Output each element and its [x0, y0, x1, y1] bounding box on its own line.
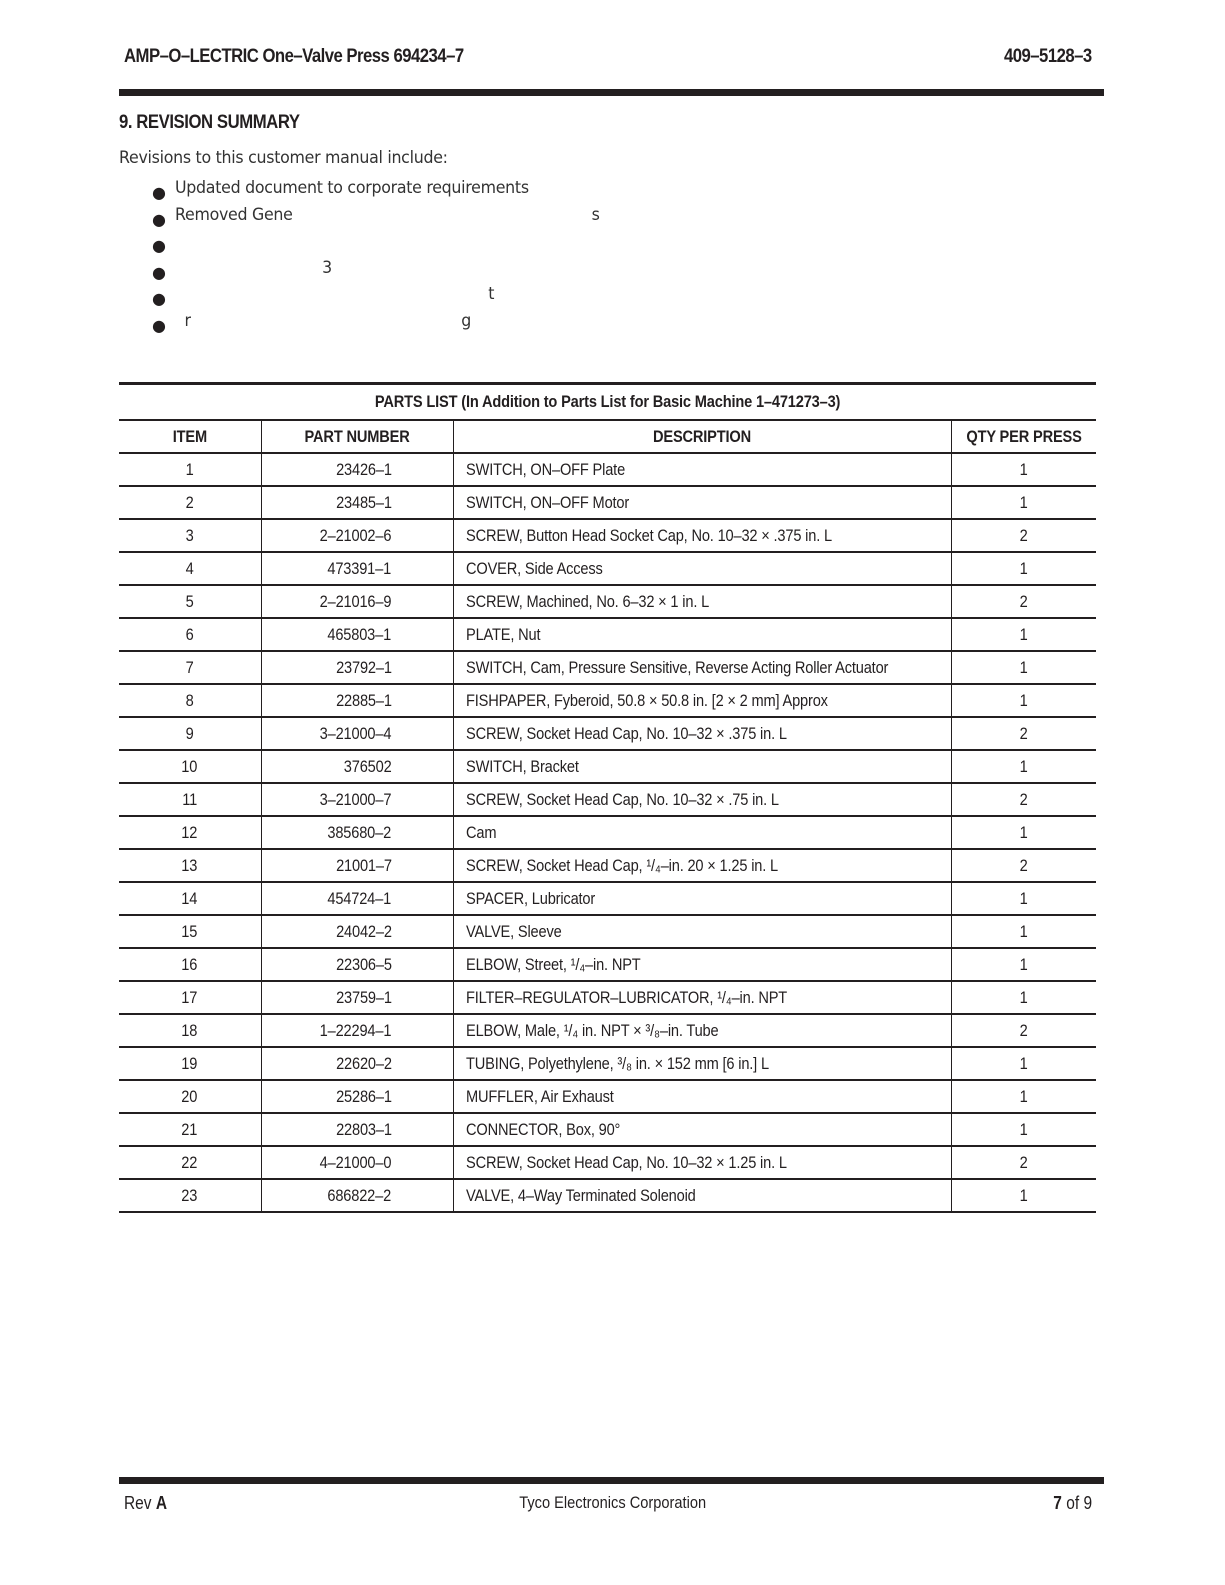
- item-cell: 5: [119, 585, 261, 618]
- qty-cell: 1: [951, 1113, 1096, 1146]
- item-cell: 6: [119, 618, 261, 651]
- table-row: 14454724–1SPACER, Lubricator1: [119, 882, 1096, 915]
- item-cell: 4: [119, 552, 261, 585]
- part-number-cell: 22306–5: [261, 948, 453, 981]
- item-cell: 21: [119, 1113, 261, 1146]
- table-row: 1524042–2VALVE, Sleeve1: [119, 915, 1096, 948]
- table-row: 32–21002–6SCREW, Button Head Socket Cap,…: [119, 519, 1096, 552]
- part-number-cell: 23426–1: [261, 453, 453, 486]
- company-name: Tyco Electronics Corporation: [0, 1493, 1225, 1513]
- document-number: 409–5128–3: [1004, 46, 1092, 68]
- table-row: 52–21016–9SCREW, Machined, No. 6–32 × 1 …: [119, 585, 1096, 618]
- description-cell: SWITCH, Bracket: [453, 750, 951, 783]
- column-header-item: ITEM: [119, 420, 261, 453]
- table-row: 723792–1SWITCH, Cam, Pressure Sensitive,…: [119, 651, 1096, 684]
- part-number-cell: 385680–2: [261, 816, 453, 849]
- item-cell: 14: [119, 882, 261, 915]
- item-cell: 23: [119, 1179, 261, 1212]
- qty-cell: 1: [951, 651, 1096, 684]
- part-number-cell: 1–22294–1: [261, 1014, 453, 1047]
- qty-cell: 1: [951, 1047, 1096, 1080]
- item-cell: 18: [119, 1014, 261, 1047]
- footer-rule: [119, 1477, 1104, 1484]
- item-cell: 3: [119, 519, 261, 552]
- qty-cell: 2: [951, 1014, 1096, 1047]
- qty-cell: 1: [951, 915, 1096, 948]
- parts-list-caption: PARTS LIST (In Addition to Parts List fo…: [375, 392, 840, 412]
- table-row: 23686822–2VALVE, 4–Way Terminated Soleno…: [119, 1179, 1096, 1212]
- qty-cell: 1: [951, 486, 1096, 519]
- part-number-cell: 22803–1: [261, 1113, 453, 1146]
- description-cell: MUFFLER, Air Exhaust: [453, 1080, 951, 1113]
- description-cell: ELBOW, Street, ¹/₄–in. NPT: [453, 948, 951, 981]
- part-number-cell: 376502: [261, 750, 453, 783]
- table-row: 93–21000–4SCREW, Socket Head Cap, No. 10…: [119, 717, 1096, 750]
- description-cell: SCREW, Socket Head Cap, ¹/₄–in. 20 × 1.2…: [453, 849, 951, 882]
- table-row: 224–21000–0SCREW, Socket Head Cap, No. 1…: [119, 1146, 1096, 1179]
- table-row: 1723759–1FILTER–REGULATOR–LUBRICATOR, ¹/…: [119, 981, 1096, 1014]
- document-title: AMP–O–LECTRIC One–Valve Press 694234–7: [124, 46, 464, 68]
- qty-cell: 1: [951, 453, 1096, 486]
- qty-cell: 2: [951, 585, 1096, 618]
- qty-cell: 1: [951, 750, 1096, 783]
- description-cell: SCREW, Button Head Socket Cap, No. 10–32…: [453, 519, 951, 552]
- table-row: 2122803–1CONNECTOR, Box, 90°1: [119, 1113, 1096, 1146]
- description-cell: ELBOW, Male, ¹/₄ in. NPT × ³/₈–in. Tube: [453, 1014, 951, 1047]
- description-cell: VALVE, Sleeve: [453, 915, 951, 948]
- column-header-part-number: PART NUMBER: [261, 420, 453, 453]
- item-cell: 19: [119, 1047, 261, 1080]
- part-number-cell: 22620–2: [261, 1047, 453, 1080]
- part-number-cell: 2–21016–9: [261, 585, 453, 618]
- item-cell: 17: [119, 981, 261, 1014]
- part-number-cell: 22885–1: [261, 684, 453, 717]
- qty-cell: 1: [951, 882, 1096, 915]
- table-row: 1321001–7SCREW, Socket Head Cap, ¹/₄–in.…: [119, 849, 1096, 882]
- part-number-cell: 23759–1: [261, 981, 453, 1014]
- part-number-cell: 465803–1: [261, 618, 453, 651]
- parts-list-table: PARTS LIST (In Addition to Parts List fo…: [119, 382, 1096, 1213]
- item-cell: 15: [119, 915, 261, 948]
- item-cell: 2: [119, 486, 261, 519]
- part-number-cell: 473391–1: [261, 552, 453, 585]
- part-number-cell: 454724–1: [261, 882, 453, 915]
- item-cell: 8: [119, 684, 261, 717]
- qty-cell: 1: [951, 618, 1096, 651]
- description-cell: Cam: [453, 816, 951, 849]
- bullet-icon: ●: [152, 316, 166, 335]
- qty-cell: 2: [951, 849, 1096, 882]
- description-cell: SCREW, Socket Head Cap, No. 10–32 × 1.25…: [453, 1146, 951, 1179]
- part-number-cell: 25286–1: [261, 1080, 453, 1113]
- description-cell: FISHPAPER, Fyberoid, 50.8 × 50.8 in. [2 …: [453, 684, 951, 717]
- qty-cell: 1: [951, 816, 1096, 849]
- table-row: 181–22294–1ELBOW, Male, ¹/₄ in. NPT × ³/…: [119, 1014, 1096, 1047]
- part-number-cell: 23485–1: [261, 486, 453, 519]
- item-cell: 1: [119, 453, 261, 486]
- table-row: 223485–1SWITCH, ON–OFF Motor1: [119, 486, 1096, 519]
- table-row: 822885–1FISHPAPER, Fyberoid, 50.8 × 50.8…: [119, 684, 1096, 717]
- table-row: 6465803–1PLATE, Nut1: [119, 618, 1096, 651]
- table-row: 10376502SWITCH, Bracket1: [119, 750, 1096, 783]
- qty-cell: 2: [951, 717, 1096, 750]
- table-row: 1622306–5ELBOW, Street, ¹/₄–in. NPT1: [119, 948, 1096, 981]
- item-cell: 7: [119, 651, 261, 684]
- section-title: 9. REVISION SUMMARY: [119, 112, 300, 134]
- description-cell: SWITCH, ON–OFF Plate: [453, 453, 951, 486]
- page-number: 7 of 9: [1053, 1493, 1092, 1514]
- table-header-row: ITEM PART NUMBER DESCRIPTION QTY PER PRE…: [119, 420, 1096, 453]
- qty-cell: 1: [951, 1179, 1096, 1212]
- part-number-cell: 2–21002–6: [261, 519, 453, 552]
- part-number-cell: 4–21000–0: [261, 1146, 453, 1179]
- table-row: 2025286–1MUFFLER, Air Exhaust1: [119, 1080, 1096, 1113]
- description-cell: PLATE, Nut: [453, 618, 951, 651]
- table-row: 123426–1SWITCH, ON–OFF Plate1: [119, 453, 1096, 486]
- bullet-icon: ●: [152, 263, 166, 282]
- item-cell: 22: [119, 1146, 261, 1179]
- item-cell: 13: [119, 849, 261, 882]
- bullet-icon: ●: [152, 236, 166, 255]
- item-cell: 9: [119, 717, 261, 750]
- description-cell: VALVE, 4–Way Terminated Solenoid: [453, 1179, 951, 1212]
- description-cell: SWITCH, ON–OFF Motor: [453, 486, 951, 519]
- part-number-cell: 23792–1: [261, 651, 453, 684]
- part-number-cell: 24042–2: [261, 915, 453, 948]
- item-cell: 12: [119, 816, 261, 849]
- item-cell: 16: [119, 948, 261, 981]
- description-cell: CONNECTOR, Box, 90°: [453, 1113, 951, 1146]
- column-header-qty: QTY PER PRESS: [951, 420, 1096, 453]
- item-cell: 20: [119, 1080, 261, 1113]
- qty-cell: 2: [951, 783, 1096, 816]
- header-rule: [119, 89, 1104, 96]
- table-row: 1922620–2TUBING, Polyethylene, ³/₈ in. ×…: [119, 1047, 1096, 1080]
- item-cell: 11: [119, 783, 261, 816]
- part-number-cell: 3–21000–7: [261, 783, 453, 816]
- table-row: 12385680–2Cam1: [119, 816, 1096, 849]
- parts-list-caption-row: PARTS LIST (In Addition to Parts List fo…: [119, 384, 1096, 421]
- qty-cell: 1: [951, 981, 1096, 1014]
- qty-cell: 1: [951, 552, 1096, 585]
- revision-intro: Revisions to this customer manual includ…: [119, 148, 448, 168]
- qty-cell: 1: [951, 948, 1096, 981]
- qty-cell: 2: [951, 1146, 1096, 1179]
- description-cell: SWITCH, Cam, Pressure Sensitive, Reverse…: [453, 651, 951, 684]
- description-cell: SCREW, Socket Head Cap, No. 10–32 × .375…: [453, 717, 951, 750]
- qty-cell: 2: [951, 519, 1096, 552]
- bullet-icon: ●: [152, 289, 166, 308]
- description-cell: SPACER, Lubricator: [453, 882, 951, 915]
- item-cell: 10: [119, 750, 261, 783]
- description-cell: FILTER–REGULATOR–LUBRICATOR, ¹/₄–in. NPT: [453, 981, 951, 1014]
- qty-cell: 1: [951, 684, 1096, 717]
- part-number-cell: 686822–2: [261, 1179, 453, 1212]
- qty-cell: 1: [951, 1080, 1096, 1113]
- bullet-icon: ●: [152, 210, 166, 229]
- bullet-icon: ●: [152, 183, 166, 202]
- part-number-cell: 3–21000–4: [261, 717, 453, 750]
- description-cell: SCREW, Socket Head Cap, No. 10–32 × .75 …: [453, 783, 951, 816]
- table-row: 4473391–1COVER, Side Access1: [119, 552, 1096, 585]
- description-cell: TUBING, Polyethylene, ³/₈ in. × 152 mm […: [453, 1047, 951, 1080]
- part-number-cell: 21001–7: [261, 849, 453, 882]
- description-cell: SCREW, Machined, No. 6–32 × 1 in. L: [453, 585, 951, 618]
- column-header-description: DESCRIPTION: [453, 420, 951, 453]
- table-row: 113–21000–7SCREW, Socket Head Cap, No. 1…: [119, 783, 1096, 816]
- description-cell: COVER, Side Access: [453, 552, 951, 585]
